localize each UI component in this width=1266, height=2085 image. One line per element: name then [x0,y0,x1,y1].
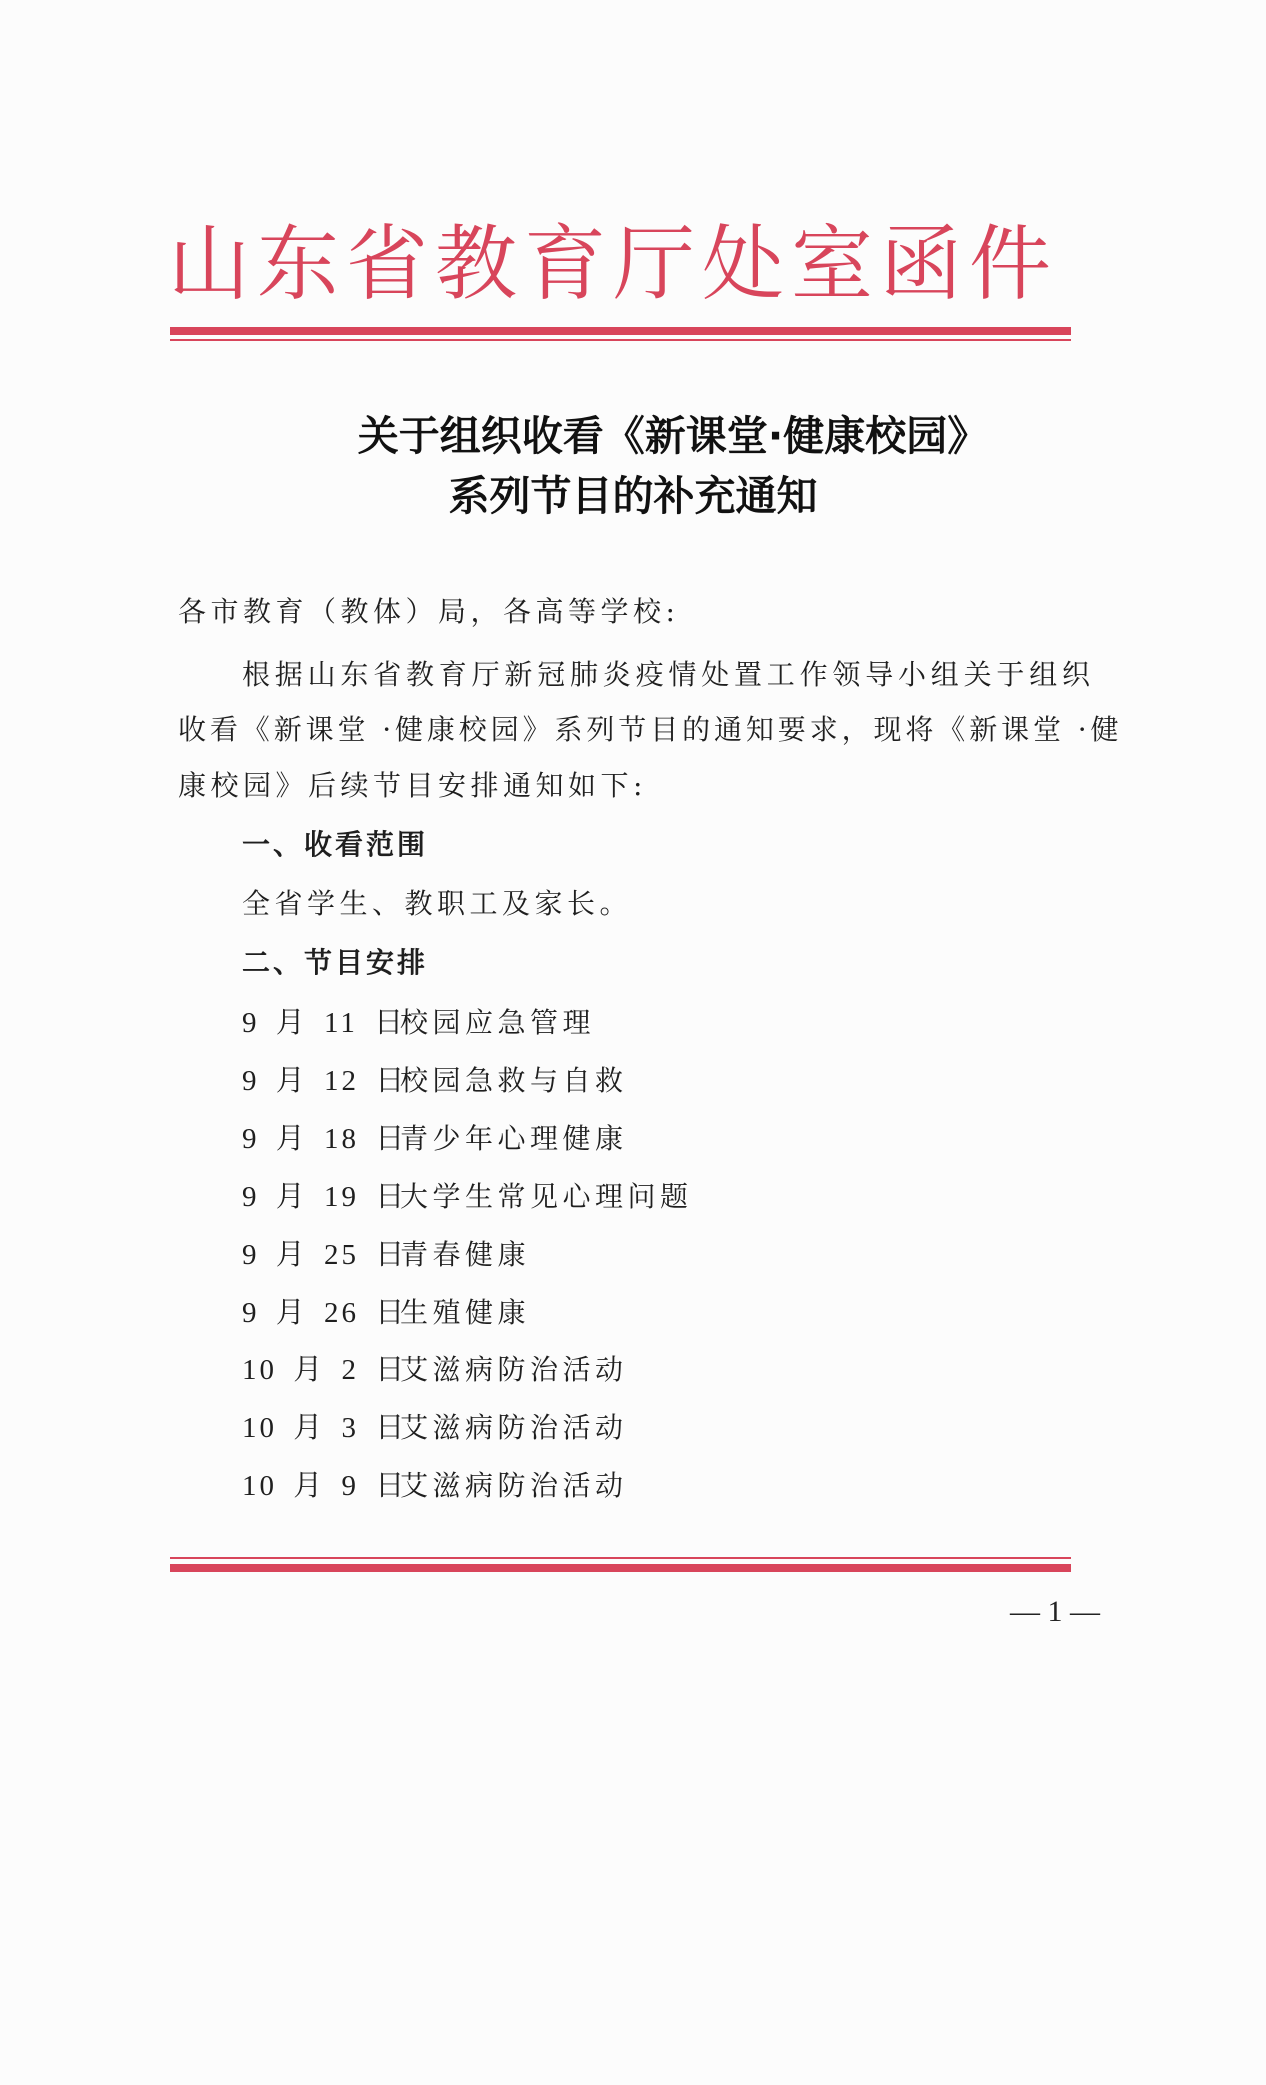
section-heading-schedule: 二、节目安排 [242,947,428,979]
intro-line-3: 康校园》后续节目安排通知如下: [178,770,647,802]
schedule-topic: 大学生常见心理问题 [400,1180,693,1213]
masthead-rule-thin [170,339,1071,341]
schedule-topic: 青少年心理健康 [400,1122,628,1155]
schedule-topic: 艾滋病防治活动 [400,1353,628,1386]
schedule-item: 9 月 12 日校园急救与自救 [242,1065,628,1097]
section-content-scope: 全省学生、教职工及家长。 [242,888,632,920]
schedule-topic: 艾滋病防治活动 [400,1469,628,1502]
document-title: 关于组织收看《新课堂·健康校园》 系列节目的补充通知 [0,406,1266,526]
schedule-item: 10 月 2 日艾滋病防治活动 [242,1354,628,1386]
intro-line-1: 根据山东省教育厅新冠肺炎疫情处置工作领导小组关于组织 [242,659,1095,691]
schedule-item: 9 月 18 日青少年心理健康 [242,1123,628,1155]
document-title-line2: 系列节目的补充通知 [0,466,1266,526]
footer-rule-thick [170,1564,1071,1572]
schedule-date: 9 月 12 日 [242,1065,400,1097]
schedule-item: 9 月 25 日青春健康 [242,1239,530,1271]
schedule-topic: 生殖健康 [400,1296,530,1329]
document-title-line1: 关于组织收看《新课堂·健康校园》 [0,406,1266,466]
schedule-item: 9 月 26 日生殖健康 [242,1297,530,1329]
schedule-item: 9 月 11 日校园应急管理 [242,1007,595,1039]
schedule-date: 9 月 26 日 [242,1297,400,1329]
schedule-item: 10 月 3 日艾滋病防治活动 [242,1412,628,1444]
schedule-date: 9 月 25 日 [242,1239,400,1271]
schedule-date: 10 月 3 日 [242,1412,400,1444]
schedule-date: 9 月 18 日 [242,1123,400,1155]
schedule-date: 9 月 19 日 [242,1181,400,1213]
schedule-date: 10 月 2 日 [242,1354,400,1386]
intro-line-2: 收看《新课堂 ·健康校园》系列节目的通知要求，现将《新课堂 ·健 [178,714,1122,746]
footer-rule-thin [170,1557,1071,1559]
schedule-item: 10 月 9 日艾滋病防治活动 [242,1470,628,1502]
schedule-topic: 艾滋病防治活动 [400,1411,628,1444]
masthead-title: 山东省教育厅处室函件 [168,222,1073,308]
salutation: 各市教育（教体）局，各高等学校: [178,596,679,628]
schedule-topic: 校园急救与自救 [400,1064,628,1097]
schedule-topic: 青春健康 [400,1238,530,1271]
section-heading-scope: 一、收看范围 [242,829,428,861]
schedule-date: 9 月 11 日 [242,1007,400,1039]
masthead-rule-thick [170,327,1071,335]
page-number: — 1 — [1000,1596,1110,1628]
schedule-topic: 校园应急管理 [400,1006,595,1039]
schedule-date: 10 月 9 日 [242,1470,400,1502]
schedule-item: 9 月 19 日大学生常见心理问题 [242,1181,693,1213]
